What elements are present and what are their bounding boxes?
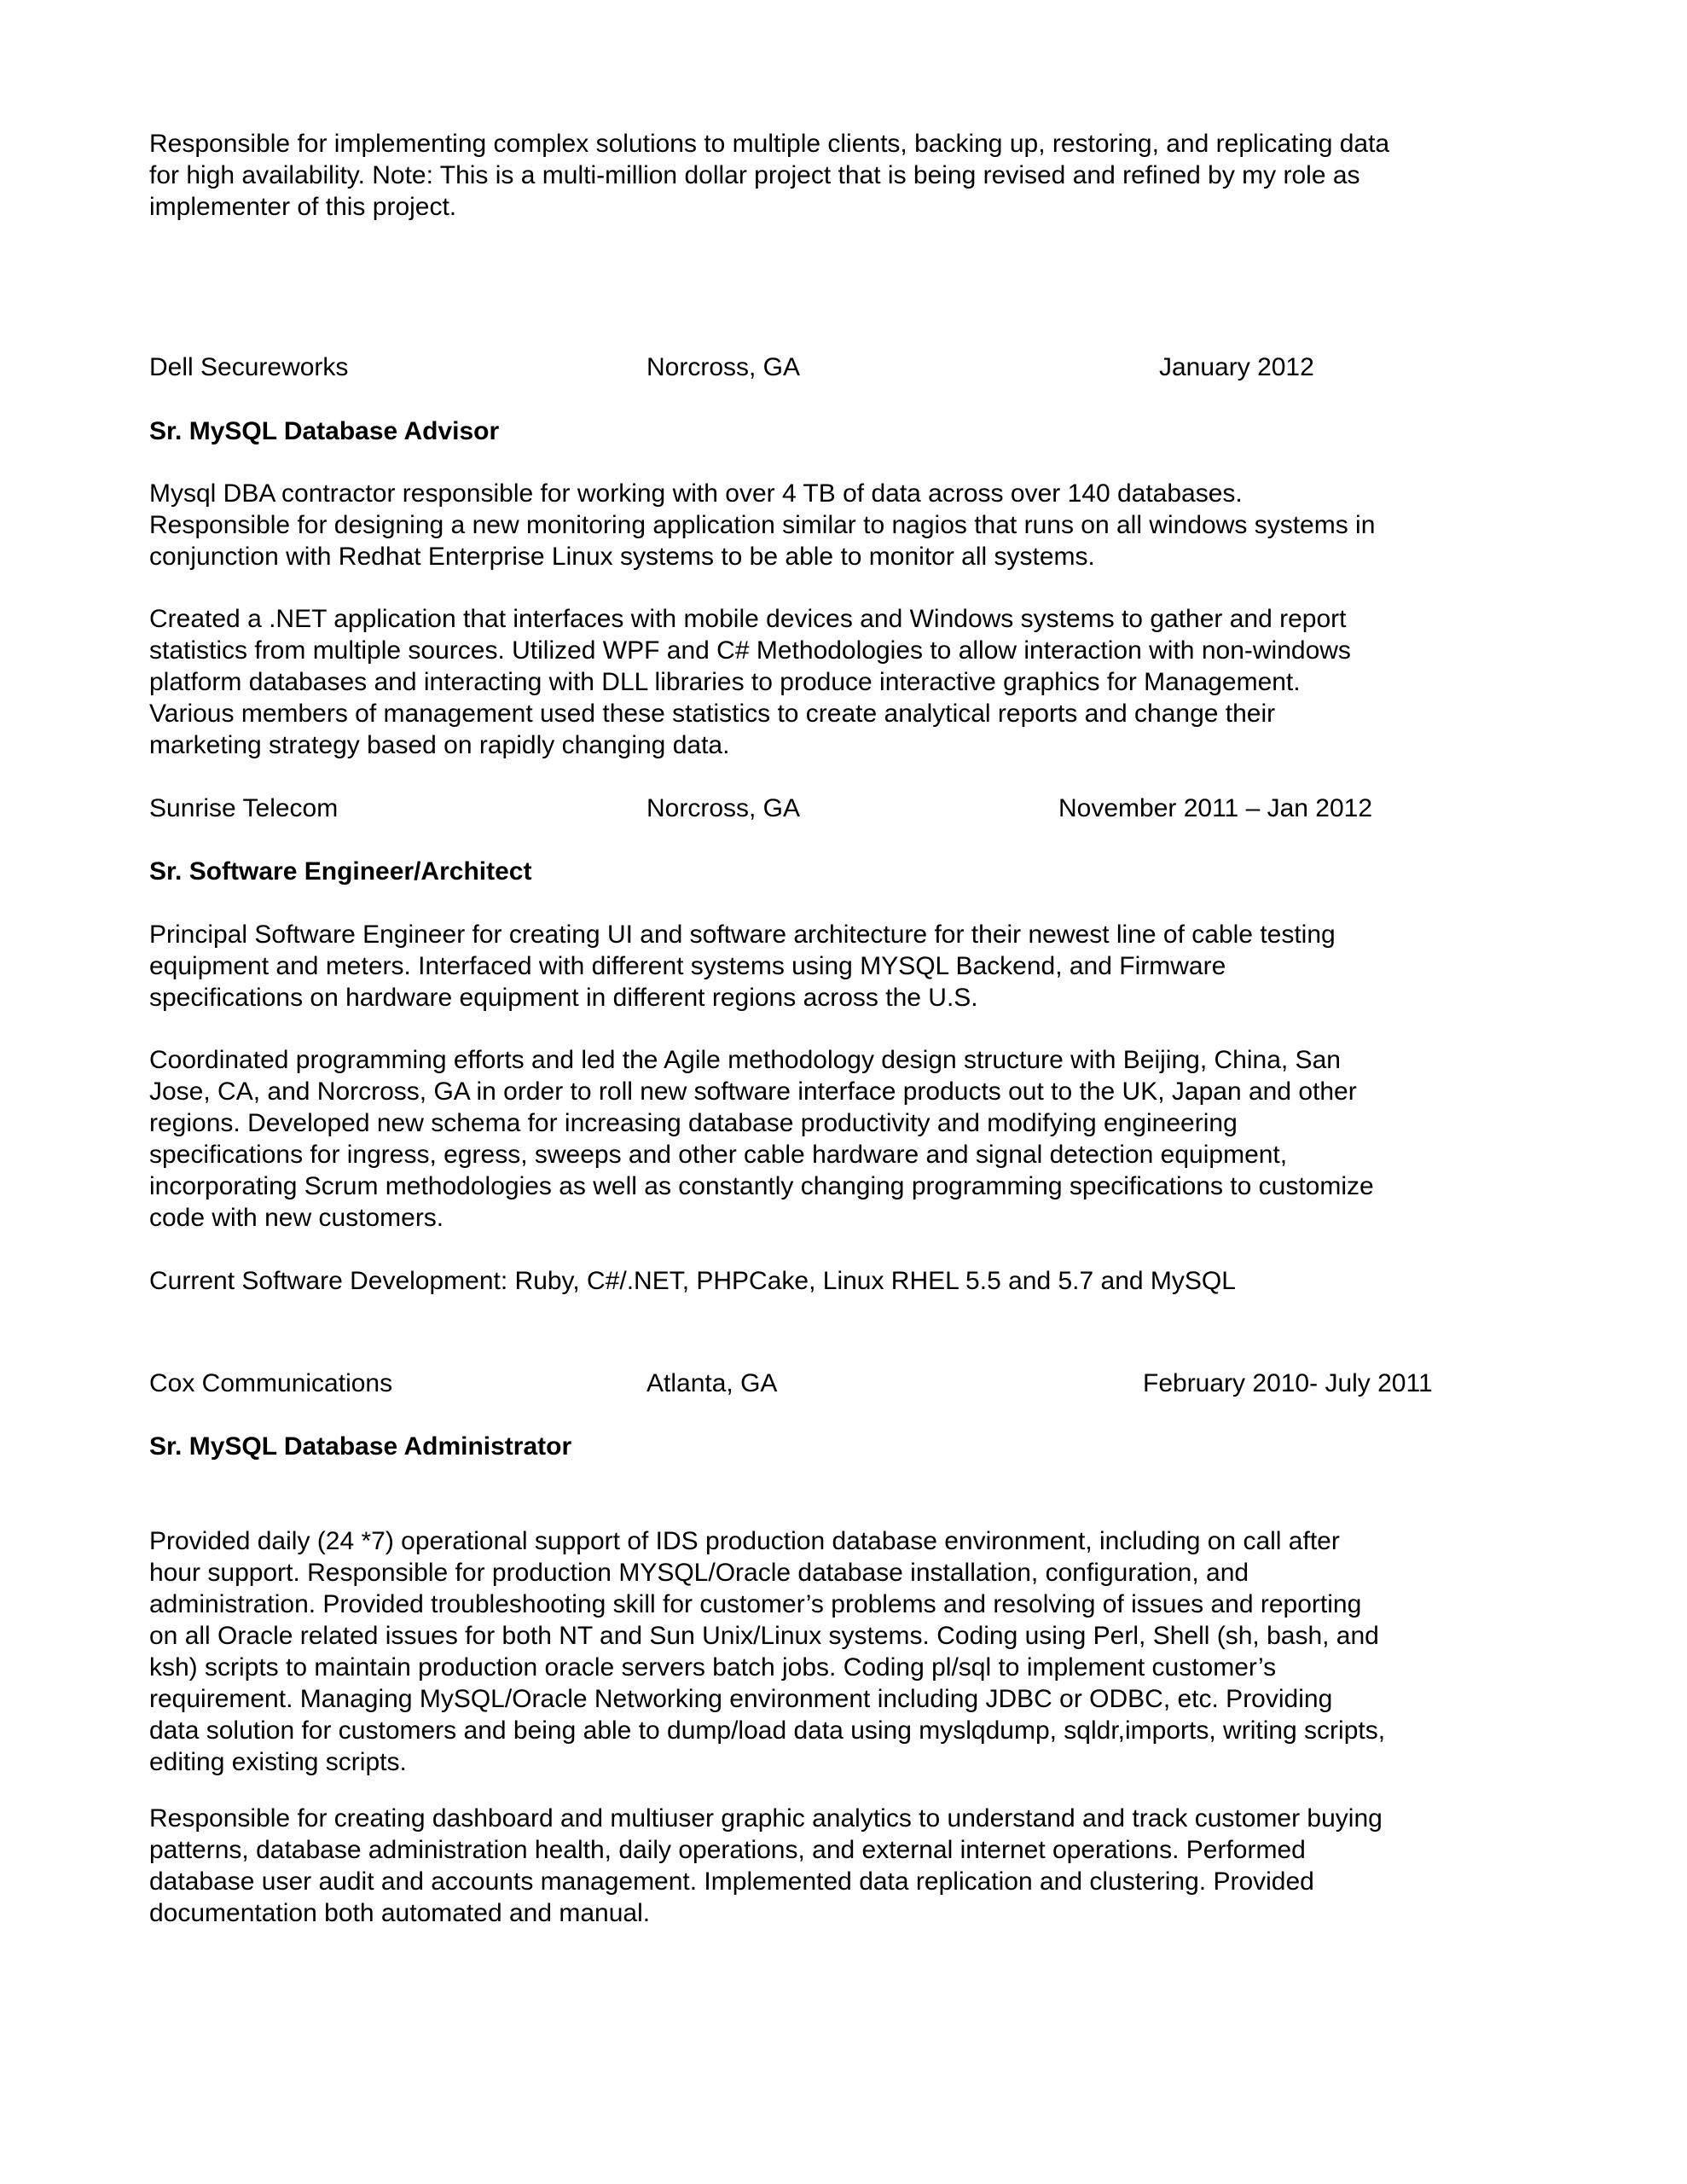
current-software-line: Current Software Development: Ruby, C#/.… <box>149 1265 1531 1297</box>
text-line: equipment and meters. Interfaced with di… <box>149 950 1531 982</box>
text-line: Provided daily (24 *7) operational suppo… <box>149 1525 1531 1557</box>
text-line: Jose, CA, and Norcross, GA in order to r… <box>149 1076 1531 1107</box>
job-dates: January 2012 <box>1159 351 1314 383</box>
text-line: on all Oracle related issues for both NT… <box>149 1620 1531 1652</box>
job-location: Norcross, GA <box>646 351 800 383</box>
text-line: Mysql DBA contractor responsible for wor… <box>149 478 1531 509</box>
text-line: specifications on hardware equipment in … <box>149 982 1531 1014</box>
company-name: Sunrise Telecom <box>149 793 338 824</box>
text-line: for high availability. Note: This is a m… <box>149 160 1531 191</box>
text-line: documentation both automated and manual. <box>149 1897 1531 1929</box>
job-header-row: Cox Communications Atlanta, GA February … <box>0 1368 1687 1399</box>
text-line: editing existing scripts. <box>149 1746 1531 1778</box>
text-line: ksh) scripts to maintain production orac… <box>149 1652 1531 1683</box>
job-header-row: Sunrise Telecom Norcross, GA November 20… <box>0 793 1687 824</box>
text-line: data solution for customers and being ab… <box>149 1715 1531 1746</box>
job-title: Sr. Software Engineer/Architect <box>149 856 1531 887</box>
text-line: regions. Developed new schema for increa… <box>149 1107 1531 1139</box>
job-dates: November 2011 – Jan 2012 <box>1058 793 1372 824</box>
job-dates: February 2010- July 2011 <box>1143 1368 1433 1399</box>
resume-page: Responsible for implementing complex sol… <box>0 0 1687 2184</box>
text-line: Various members of management used these… <box>149 698 1531 729</box>
text-line: database user audit and accounts managem… <box>149 1866 1531 1897</box>
text-line: hour support. Responsible for production… <box>149 1557 1531 1589</box>
text-line: specifications for ingress, egress, swee… <box>149 1139 1531 1170</box>
job-description-paragraph: Mysql DBA contractor responsible for wor… <box>149 478 1531 572</box>
job-location: Atlanta, GA <box>646 1368 777 1399</box>
text-line: Created a .NET application that interfac… <box>149 603 1531 635</box>
text-line: Responsible for creating dashboard and m… <box>149 1803 1531 1834</box>
intro-paragraph: Responsible for implementing complex sol… <box>149 128 1531 223</box>
text-line: Coordinated programming efforts and led … <box>149 1044 1531 1076</box>
text-line: platform databases and interacting with … <box>149 666 1531 698</box>
text-line: marketing strategy based on rapidly chan… <box>149 729 1531 761</box>
text-line: statistics from multiple sources. Utiliz… <box>149 635 1531 666</box>
text-line: code with new customers. <box>149 1202 1531 1234</box>
company-name: Cox Communications <box>149 1368 392 1399</box>
job-location: Norcross, GA <box>646 793 800 824</box>
text-line: patterns, database administration health… <box>149 1834 1531 1866</box>
job-description-paragraph: Coordinated programming efforts and led … <box>149 1044 1531 1234</box>
text-line: Responsible for implementing complex sol… <box>149 128 1531 160</box>
text-line: conjunction with Redhat Enterprise Linux… <box>149 541 1531 572</box>
text-line: Responsible for designing a new monitori… <box>149 509 1531 541</box>
text-line: Current Software Development: Ruby, C#/.… <box>149 1265 1531 1297</box>
text-line: Principal Software Engineer for creating… <box>149 919 1531 950</box>
job-description-paragraph: Provided daily (24 *7) operational suppo… <box>149 1525 1531 1778</box>
text-line: requirement. Managing MySQL/Oracle Netwo… <box>149 1683 1531 1715</box>
text-line: administration. Provided troubleshooting… <box>149 1589 1531 1620</box>
text-line: incorporating Scrum methodologies as wel… <box>149 1170 1531 1202</box>
job-title: Sr. MySQL Database Advisor <box>149 415 1531 447</box>
company-name: Dell Secureworks <box>149 351 348 383</box>
job-header-row: Dell Secureworks Norcross, GA January 20… <box>0 351 1687 383</box>
job-description-paragraph: Principal Software Engineer for creating… <box>149 919 1531 1014</box>
job-description-paragraph: Responsible for creating dashboard and m… <box>149 1803 1531 1929</box>
job-description-paragraph: Created a .NET application that interfac… <box>149 603 1531 761</box>
job-title: Sr. MySQL Database Administrator <box>149 1431 1531 1462</box>
text-line: implementer of this project. <box>149 191 1531 223</box>
